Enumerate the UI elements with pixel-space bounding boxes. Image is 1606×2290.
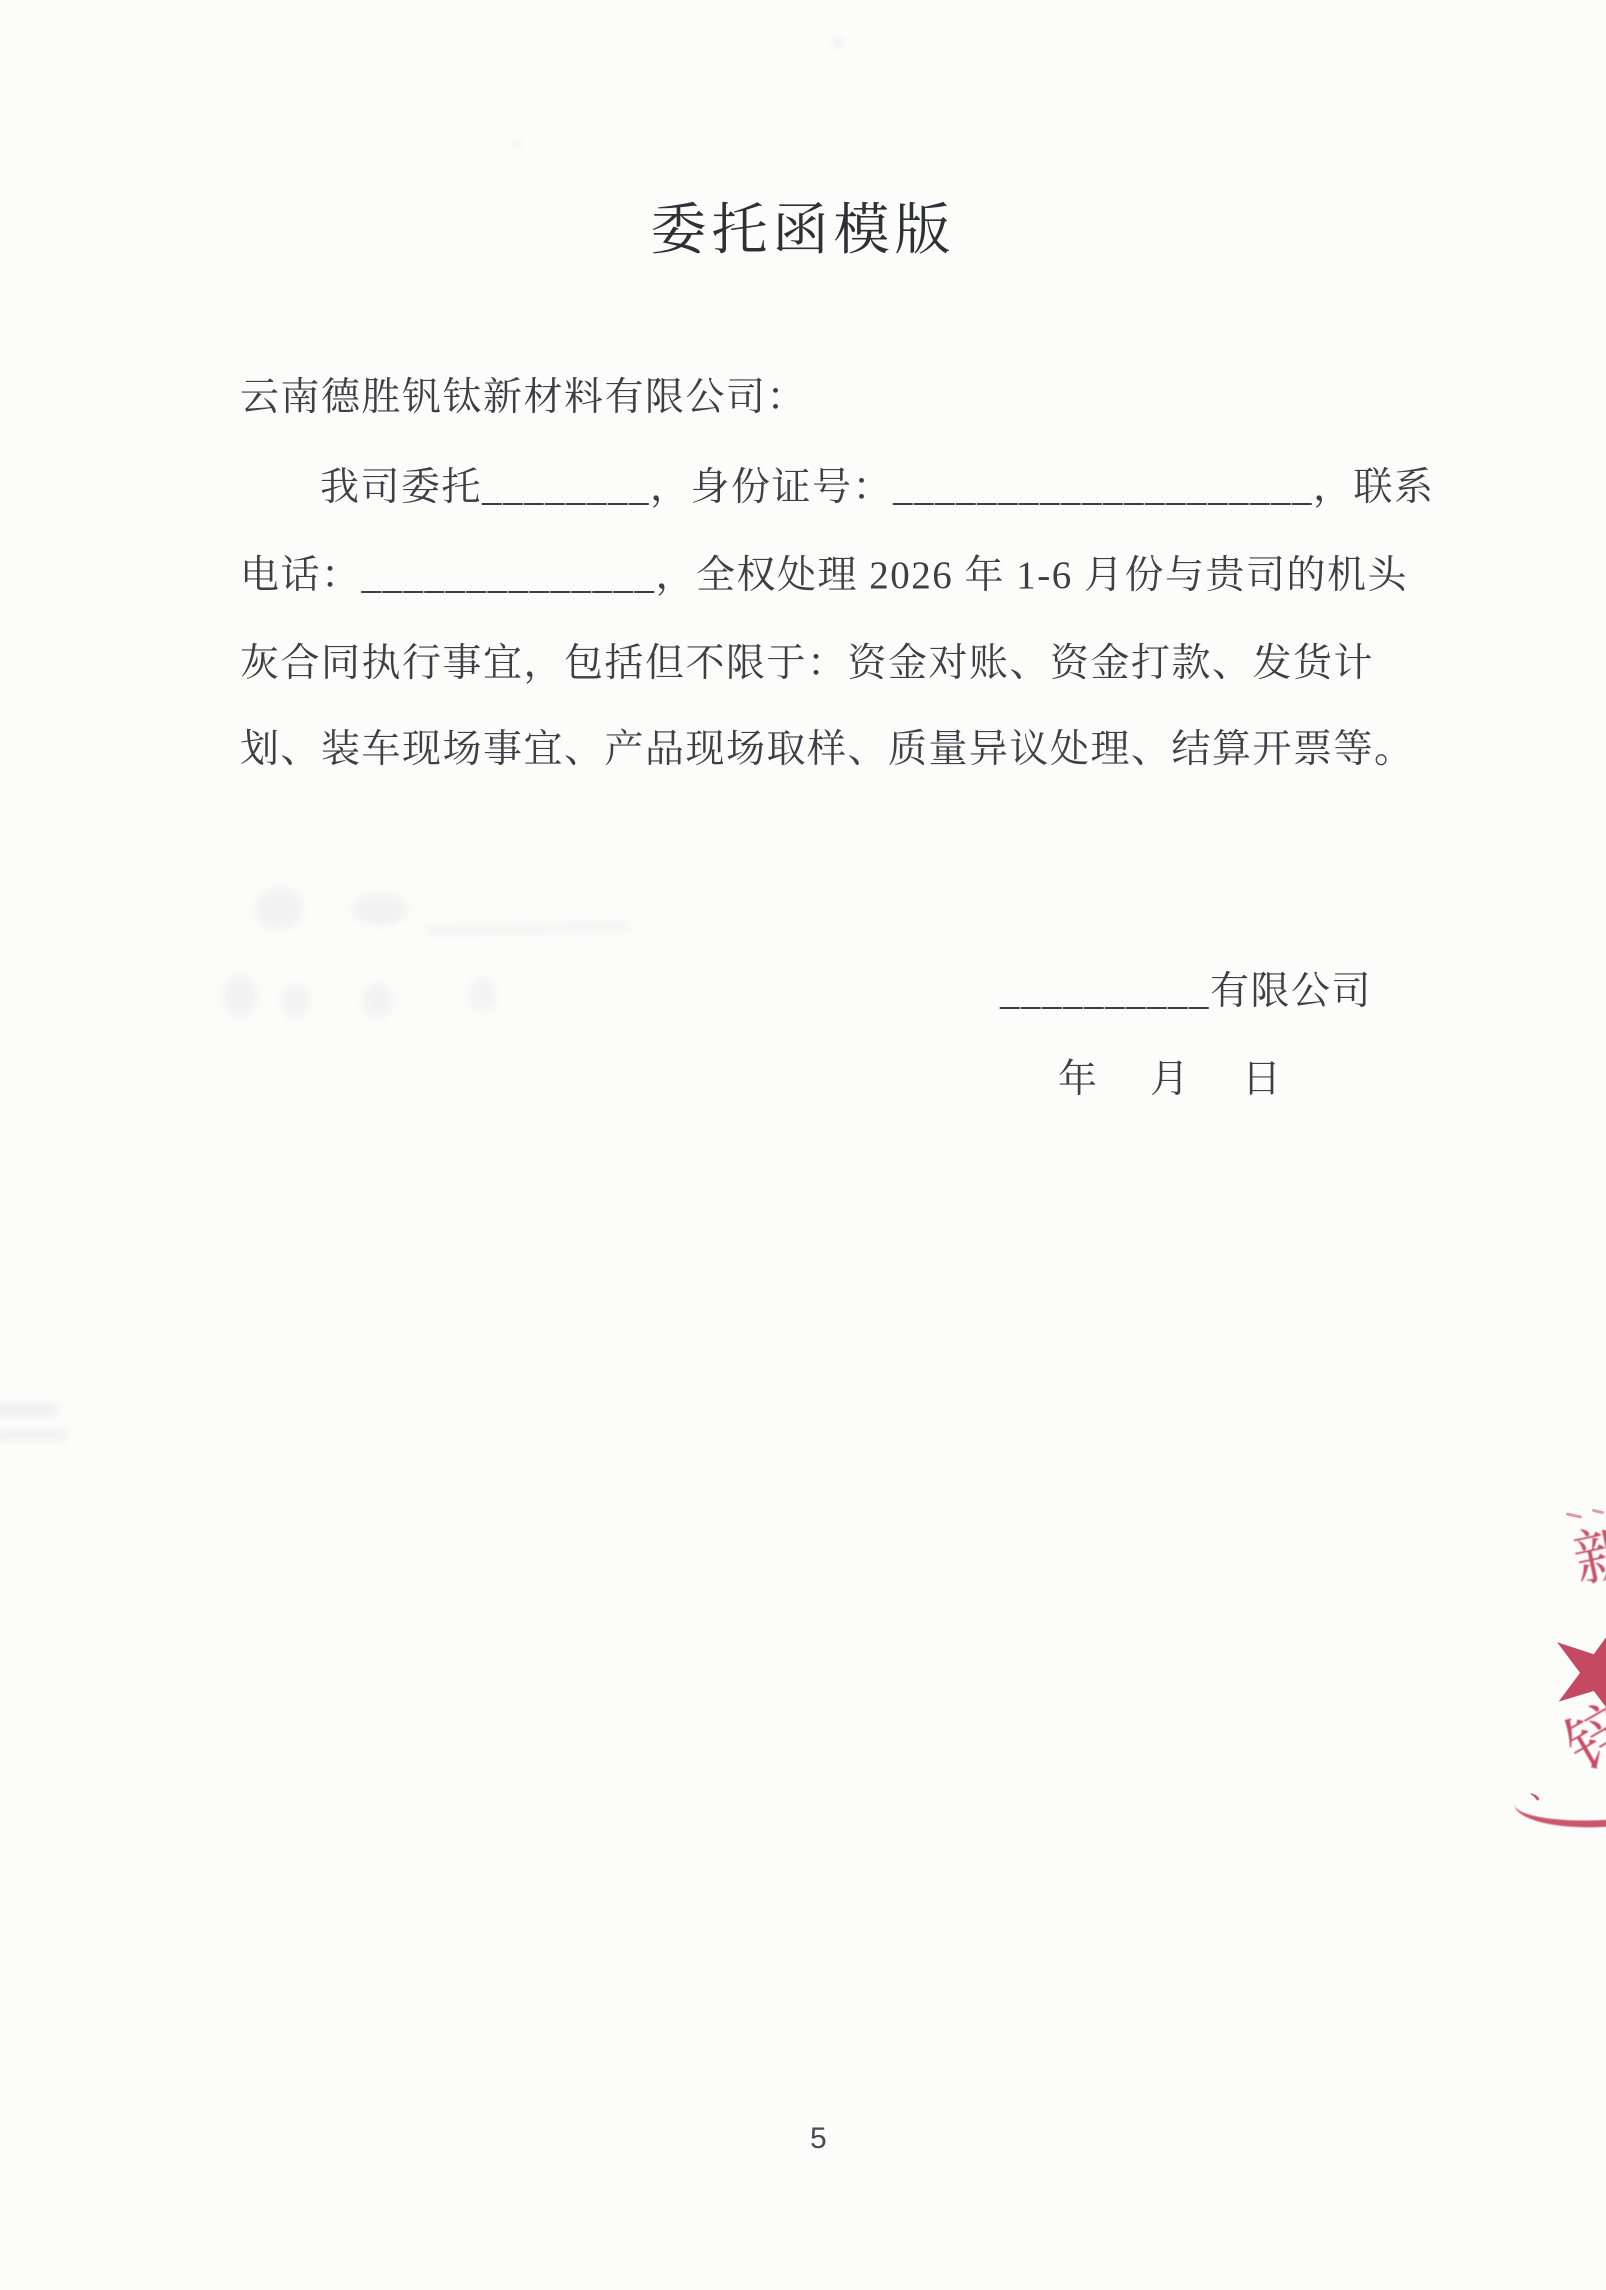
- signature-company-line: __________有限公司: [1000, 960, 1372, 1016]
- company-seal-stamp: 新 锌 、: [1526, 1500, 1606, 1835]
- body-line-scope-2: 划、装车现场事宜、产品现场取样、质量异议处理、结算开票等。: [240, 718, 1415, 774]
- signature-date-line: 年 月 日: [1058, 1048, 1288, 1104]
- body-line-phone: 电话：______________，全权处理 2026 年 1-6 月份与贵司的…: [240, 544, 1408, 600]
- seal-serial-fragment: [1592, 1509, 1604, 1514]
- page-title: 委托函模版: [0, 186, 1606, 266]
- scan-artifact: [362, 984, 392, 1018]
- scan-artifact: [280, 984, 310, 1018]
- page-number: 5: [810, 2122, 827, 2156]
- scan-artifact: [0, 1430, 68, 1440]
- body-line-scope-1: 灰合同执行事宜，包括但不限于：资金对账、资金打款、发货计: [240, 632, 1374, 688]
- body-line-delegate: 我司委托________，身份证号：____________________，联…: [320, 456, 1435, 512]
- scan-artifact: [255, 888, 303, 930]
- scan-artifact: [222, 976, 258, 1016]
- seal-character-fragment-lower: 锌: [1556, 1694, 1606, 1781]
- recipient-line: 云南德胜钒钛新材料有限公司：: [240, 366, 807, 422]
- scan-artifact: [425, 922, 630, 935]
- scan-artifact: [834, 38, 841, 47]
- document-page: 委托函模版 云南德胜钒钛新材料有限公司： 我司委托________，身份证号：_…: [0, 0, 1606, 2290]
- scan-artifact: [352, 892, 408, 926]
- seal-character-fragment-upper: 新: [1568, 1520, 1606, 1591]
- scan-artifact: [514, 140, 520, 146]
- scan-artifact: [0, 1404, 58, 1416]
- scan-artifact: [468, 978, 496, 1012]
- seal-serial-fragment: [1566, 1512, 1582, 1518]
